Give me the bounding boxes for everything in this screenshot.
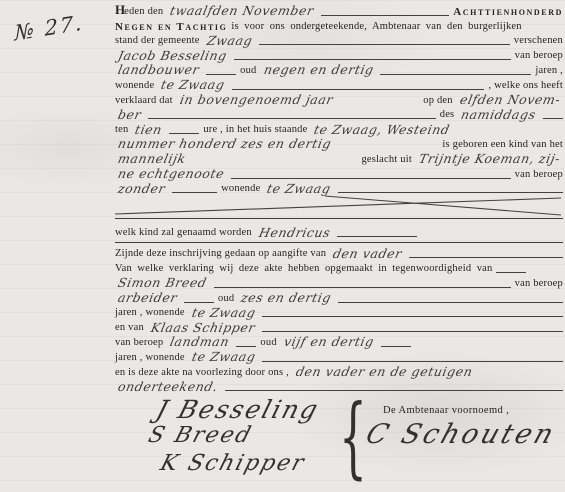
witness1-occupation-handwritten: arbeider — [114, 292, 182, 305]
heden-den-label: Heden den — [115, 4, 163, 18]
gemeente-label: stand der gemeente — [115, 35, 200, 47]
line-closing-1: en is deze akte na voorlezing door ons ,… — [115, 364, 563, 379]
wonende-label: wonende — [221, 183, 260, 195]
line-mother-2: ne echtgenoote van beroep — [115, 166, 563, 181]
blank-rule — [231, 178, 510, 179]
daypart-handwritten: namiddags — [457, 109, 540, 122]
verschenen-label: verschenen — [514, 35, 563, 47]
child-name-label: welk kind zal genaamd worden — [115, 227, 252, 239]
declarant-residence-handwritten: te Zwaag — [157, 79, 229, 92]
blank-rule — [148, 118, 436, 119]
blank-rule — [337, 236, 417, 237]
line-child-name: welk kind zal genaamd worden Hendricus — [115, 218, 563, 243]
line-declaration-2: ber des namiddags — [115, 107, 563, 122]
aangifte-by-handwritten: den vader — [329, 248, 406, 261]
blank-rule — [409, 257, 563, 258]
birth-certificate-scan: № 27. Heden den twaalfden November Achtt… — [0, 0, 565, 492]
en-van-label: en van — [115, 322, 144, 334]
line-registration-2: Van welke verklaring wij deze akte hebbe… — [115, 260, 563, 275]
year-printed-2: Negen en Tachtig — [115, 21, 227, 33]
mother-occupation-handwritten: zonder — [114, 183, 170, 196]
aangifte-label: Zijnde deze inschrijving gedaan op aangi… — [115, 248, 326, 260]
line-declaration-1: verklaard dat in bovengenoemd jaar op de… — [115, 92, 563, 107]
blank-rule — [225, 390, 563, 391]
certificate-body: Heden den twaalfden November Achttienhon… — [115, 3, 563, 492]
municipality-handwritten: Zwaag — [202, 35, 256, 48]
mother-name-handwritten-1: Trijntje Koeman, zij- — [415, 153, 565, 166]
mother-name-handwritten-2: ne echtgenoote — [114, 168, 229, 181]
jaren-wonende-label: jaren , wonende — [115, 352, 185, 364]
blank-rule — [262, 361, 563, 362]
blank-rule — [259, 44, 510, 45]
van-beroep-label: van beroep — [515, 50, 563, 62]
ure-huis-label: ure , in het huis staande — [203, 124, 307, 136]
opening-text: is voor ons ondergeteekende, Ambtenaar v… — [231, 21, 521, 33]
mother-residence-handwritten: te Zwaag — [263, 183, 335, 196]
blank-rule — [236, 346, 256, 347]
closing-handwritten-1: den vader en de getuigen — [292, 366, 477, 379]
curly-brace-icon: { — [339, 389, 367, 485]
declarant-occupation-handwritten: landbouwer — [114, 64, 204, 77]
blank-rule — [543, 118, 563, 119]
verklaring-label: Van welke verklaring wij deze akte hebbe… — [115, 263, 492, 275]
geslacht-uit-label: geslacht uit — [361, 154, 412, 166]
line-witness2-name: en van Klaas Schipper — [115, 319, 563, 334]
line-house-number: nummer honderd zes en dertig is geboren … — [115, 136, 563, 151]
line-gender-mother: mannelijk geslacht uit Trijntje Koeman, … — [115, 151, 563, 166]
blank-rule — [184, 302, 214, 303]
blank-rule — [214, 287, 511, 288]
des-label: des — [440, 109, 455, 121]
blank-rule — [169, 133, 199, 134]
line-declarant-name: Jacob Besseling van beroep — [115, 47, 563, 62]
line-mother-occupation: zonder wonende te Zwaag — [115, 181, 563, 196]
witness2-name-handwritten: Klaas Schipper — [147, 322, 260, 335]
blank-rule — [338, 192, 563, 193]
voorlezing-label: en is deze akte na voorlezing door ons , — [115, 367, 289, 379]
line-witness2-occupation: van beroep landman oud vijf en dertig — [115, 334, 563, 349]
oud-label: oud — [240, 65, 256, 77]
line-registration-1: Zijnde deze inschrijving gedaan op aangi… — [115, 245, 563, 260]
declarant-age-handwritten: negen en dertig — [259, 64, 377, 77]
blank-rule — [234, 59, 511, 60]
hour-handwritten: tien — [131, 124, 167, 137]
date-handwritten: twaalfden November — [166, 5, 318, 18]
line-witness2-residence: jaren , wonende te Zwaag — [115, 349, 563, 364]
line-opening-2: Negen en Tachtig is voor ons ondergeteek… — [115, 18, 563, 33]
line-hour-place: ten tien ure , in het huis staande te Zw… — [115, 121, 563, 136]
line-declarant-residence: wonende te Zwaag , welke ons heeft — [115, 77, 563, 92]
witness1-age-handwritten: zes en dertig — [237, 292, 336, 305]
witness2-age-handwritten: vijf en dertig — [279, 336, 377, 349]
blank-rule — [496, 272, 526, 273]
van-beroep-label: van beroep — [115, 337, 163, 349]
van-beroep-label: van beroep — [515, 169, 563, 181]
house-number-handwritten: nummer honderd zes en dertig — [114, 138, 336, 151]
crossed-out-blank-space — [115, 195, 563, 217]
registry-number: № 27. — [14, 10, 84, 45]
signature-declarant: J Besseling — [153, 395, 323, 424]
blank-rule — [232, 89, 485, 90]
line-opening-1: Heden den twaalfden November Achttienhon… — [115, 3, 563, 18]
decorated-initial: H — [115, 2, 124, 17]
declarant-name-handwritten: Jacob Besseling — [114, 50, 231, 63]
witness2-residence-handwritten: te Zwaag — [187, 351, 259, 364]
oud-label: oud — [260, 337, 276, 349]
line-municipality: stand der gemeente Zwaag verschenen — [115, 33, 563, 48]
year-reference-handwritten: in bovengenoemd jaar — [175, 94, 337, 107]
verklaard-dat-label: verklaard dat — [115, 95, 173, 107]
signature-block: J Besseling S Breed K Schipper { De Ambt… — [115, 393, 563, 492]
witness1-name-handwritten: Simon Breed — [114, 277, 211, 290]
witness1-residence-handwritten: te Zwaag — [187, 307, 259, 320]
blank-rule — [321, 15, 449, 16]
blank-rule — [381, 346, 411, 347]
closing-handwritten-2: onderteekend. — [114, 381, 222, 394]
birth-place-handwritten: te Zwaag, Westeind — [310, 124, 454, 137]
witness2-occupation-handwritten: landman — [166, 336, 234, 349]
year-printed-1: Achttienhonderd — [453, 6, 563, 18]
official-title-label: De Ambtenaar voornoemd , — [383, 405, 509, 417]
signature-witness1: S Breed — [145, 423, 255, 448]
jaren-label: jaren , — [535, 65, 563, 77]
birth-date-handwritten-1: elfden Novem- — [455, 94, 564, 107]
oud-label: oud — [218, 293, 234, 305]
van-beroep-label: van beroep — [515, 278, 563, 290]
blank-rule — [262, 316, 563, 317]
blank-rule — [262, 331, 563, 332]
welke-ons-heeft-label: , welke ons heeft — [488, 80, 563, 92]
jaren-wonende-label: jaren , wonende — [115, 307, 185, 319]
line-declarant-occupation: landbouwer oud negen en dertig jaren , — [115, 62, 563, 77]
signature-witness2: K Schipper — [157, 451, 308, 476]
wonende-label: wonende — [115, 80, 154, 92]
child-name-handwritten: Hendricus — [254, 227, 334, 240]
signature-official: C Schouten — [362, 419, 560, 450]
line-witness1-occupation: arbeider oud zes en dertig — [115, 290, 563, 305]
blank-rule — [206, 74, 236, 75]
line-witness1-residence: jaren , wonende te Zwaag — [115, 305, 563, 320]
birth-date-handwritten-2: ber — [114, 109, 146, 122]
gender-handwritten: mannelijk — [114, 153, 190, 166]
blank-rule — [338, 302, 563, 303]
line-witness1-name: Simon Breed van beroep — [115, 275, 563, 290]
op-den-label: op den — [423, 95, 453, 107]
ten-label: ten — [115, 124, 128, 136]
blank-rule — [172, 192, 217, 193]
strikeout-lines-icon — [115, 195, 563, 217]
geboren-label: is geboren een kind van het — [442, 139, 563, 151]
blank-rule — [380, 74, 531, 75]
